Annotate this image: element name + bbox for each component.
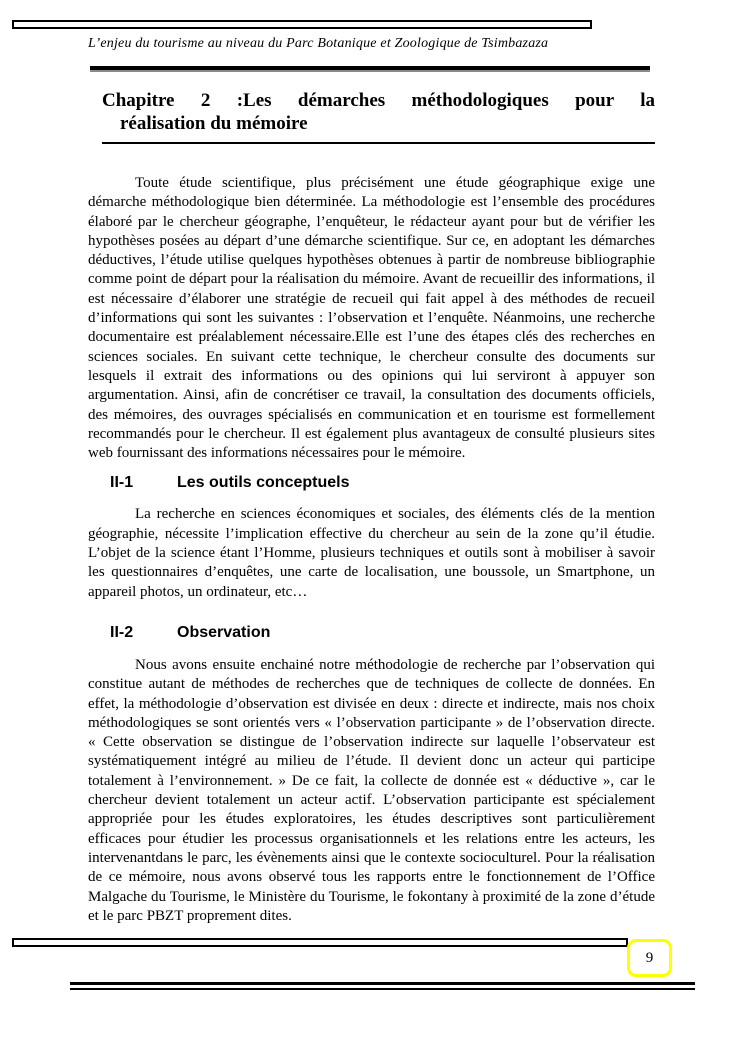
section-number: II-1 [110, 473, 177, 492]
chapter-title-line2: réalisation du mémoire [120, 112, 655, 135]
section-title: Observation [177, 624, 270, 641]
section-ii2-paragraph: Nous avons ensuite enchainé notre méthod… [88, 656, 655, 926]
text-column: L’enjeu du tourisme au niveau du Parc Bo… [0, 0, 745, 926]
page-number-badge: 9 [627, 939, 672, 977]
header-rule [90, 66, 650, 70]
document-page: L’enjeu du tourisme au niveau du Parc Bo… [0, 0, 745, 1053]
intro-paragraph: Toute étude scientifique, plus préciséme… [88, 174, 655, 463]
footer-top-bar [12, 938, 628, 947]
page-number: 9 [646, 950, 654, 967]
footer-bottom-bar [70, 982, 695, 990]
section-title: Les outils conceptuels [177, 474, 349, 491]
chapter-title-line1: Chapitre 2 :Les démarches méthodologique… [102, 89, 655, 112]
section-number: II-2 [110, 623, 177, 642]
section-heading-ii2: II-2Observation [110, 623, 745, 642]
section-heading-ii1: II-1Les outils conceptuels [110, 473, 745, 492]
chapter-heading: Chapitre 2 :Les démarches méthodologique… [102, 89, 655, 144]
section-ii1-paragraph: La recherche en sciences économiques et … [88, 505, 655, 601]
running-header: L’enjeu du tourisme au niveau du Parc Bo… [88, 36, 745, 52]
